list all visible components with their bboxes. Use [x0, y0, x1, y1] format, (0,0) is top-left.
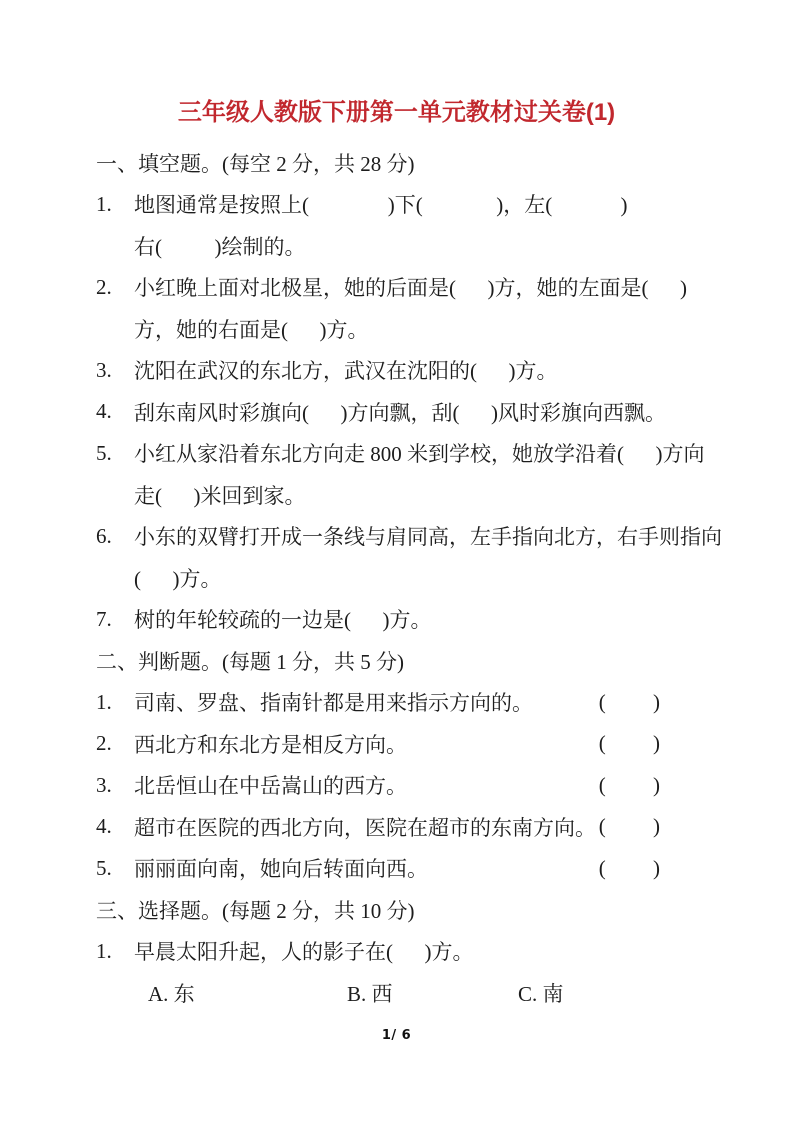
tf-question-3: 3. 北岳恒山在中岳嵩山的西方。 ( )	[96, 765, 697, 807]
fill-question-2-line-2: 方，她的右面是( )方。	[96, 308, 697, 350]
question-text: 北岳恒山在中岳嵩山的西方。	[134, 770, 407, 800]
option-a: A. 东	[148, 978, 347, 1008]
fill-question-5-line-2: 走( )米回到家。	[96, 474, 697, 516]
question-number: 4.	[96, 814, 134, 839]
question-number: 6.	[96, 524, 134, 549]
fill-question-1-line-2: 右( )绘制的。	[96, 225, 697, 267]
tf-question-1: 1. 司南、罗盘、指南针都是用来指示方向的。 ( )	[96, 682, 697, 724]
question-number: 1.	[96, 192, 134, 217]
question-number: 3.	[96, 358, 134, 383]
tf-question-4: 4. 超市在医院的西北方向，医院在超市的东南方向。 ( )	[96, 806, 697, 848]
choice-question-1: 1. 早晨太阳升起，人的影子在( )方。	[96, 931, 697, 973]
fill-question-2-line-1: 2. 小红晚上面对北极星，她的后面是( )方，她的左面是( )	[96, 267, 697, 309]
question-text: 刮东南风时彩旗向( )方向飘，刮( )风时彩旗向西飘。	[134, 397, 666, 427]
tf-question-5: 5. 丽丽面向南，她向后转面向西。 ( )	[96, 848, 697, 890]
question-text: 小红从家沿着东北方向走 800 米到学校，她放学沿着( )方向	[134, 438, 704, 468]
answer-bracket: ( )	[599, 773, 660, 798]
answer-bracket: ( )	[599, 856, 660, 881]
section-1-heading: 一、填空题。(每空 2 分，共 28 分)	[96, 148, 415, 178]
question-text-continuation: ( )方。	[134, 563, 222, 593]
section-3-heading-row: 三、选择题。(每题 2 分，共 10 分)	[96, 889, 697, 931]
paper-content: 一、填空题。(每空 2 分，共 28 分) 1. 地图通常是按照上( )下( )…	[96, 142, 697, 1014]
fill-question-6-line-1: 6. 小东的双臂打开成一条线与肩同高，左手指向北方，右手则指向	[96, 516, 697, 558]
fill-question-6-line-2: ( )方。	[96, 557, 697, 599]
fill-question-1-line-1: 1. 地图通常是按照上( )下( )，左( )	[96, 184, 697, 226]
tf-question-2: 2. 西北方和东北方是相反方向。 ( )	[96, 723, 697, 765]
option-c: C. 南	[518, 978, 564, 1008]
question-number: 7.	[96, 607, 134, 632]
fill-question-5-line-1: 5. 小红从家沿着东北方向走 800 米到学校，她放学沿着( )方向	[96, 433, 697, 475]
fill-question-4: 4. 刮东南风时彩旗向( )方向飘，刮( )风时彩旗向西飘。	[96, 391, 697, 433]
question-text: 西北方和东北方是相反方向。	[134, 729, 407, 759]
question-number: 5.	[96, 856, 134, 881]
question-number: 1.	[96, 939, 134, 964]
question-text-continuation: 走( )米回到家。	[134, 480, 306, 510]
fill-question-7: 7. 树的年轮较疏的一边是( )方。	[96, 599, 697, 641]
fill-question-3: 3. 沈阳在武汉的东北方，武汉在沈阳的( )方。	[96, 350, 697, 392]
page-title: 三年级人教版下册第一单元教材过关卷(1)	[0, 95, 793, 131]
question-number: 5.	[96, 441, 134, 466]
answer-bracket: ( )	[599, 731, 660, 756]
section-2-heading: 二、判断题。(每题 1 分，共 5 分)	[96, 646, 404, 676]
option-b: B. 西	[347, 978, 518, 1008]
question-number: 2.	[96, 275, 134, 300]
question-text: 小东的双臂打开成一条线与肩同高，左手指向北方，右手则指向	[134, 521, 722, 551]
question-text: 小红晚上面对北极星，她的后面是( )方，她的左面是( )	[134, 272, 687, 302]
question-number: 3.	[96, 773, 134, 798]
question-text: 沈阳在武汉的东北方，武汉在沈阳的( )方。	[134, 355, 558, 385]
answer-bracket: ( )	[599, 814, 660, 839]
choice-question-1-options: A. 东 B. 西 C. 南	[96, 972, 697, 1014]
question-text: 早晨太阳升起，人的影子在( )方。	[134, 936, 474, 966]
question-text-continuation: 右( )绘制的。	[134, 231, 306, 261]
section-1-heading-row: 一、填空题。(每空 2 分，共 28 分)	[96, 142, 697, 184]
question-text: 树的年轮较疏的一边是( )方。	[134, 604, 432, 634]
section-2-heading-row: 二、判断题。(每题 1 分，共 5 分)	[96, 640, 697, 682]
page-number-indicator: 1/ 6	[0, 1028, 793, 1043]
question-text: 超市在医院的西北方向，医院在超市的东南方向。	[134, 812, 596, 842]
section-3-heading: 三、选择题。(每题 2 分，共 10 分)	[96, 895, 415, 925]
question-number: 1.	[96, 690, 134, 715]
answer-bracket: ( )	[599, 690, 660, 715]
question-text: 司南、罗盘、指南针都是用来指示方向的。	[134, 687, 533, 717]
question-number: 4.	[96, 399, 134, 424]
question-number: 2.	[96, 731, 134, 756]
test-paper-page: 三年级人教版下册第一单元教材过关卷(1) 一、填空题。(每空 2 分，共 28 …	[0, 0, 793, 1122]
question-text: 丽丽面向南，她向后转面向西。	[134, 853, 428, 883]
question-text-continuation: 方，她的右面是( )方。	[134, 314, 369, 344]
question-text: 地图通常是按照上( )下( )，左( )	[134, 189, 627, 219]
